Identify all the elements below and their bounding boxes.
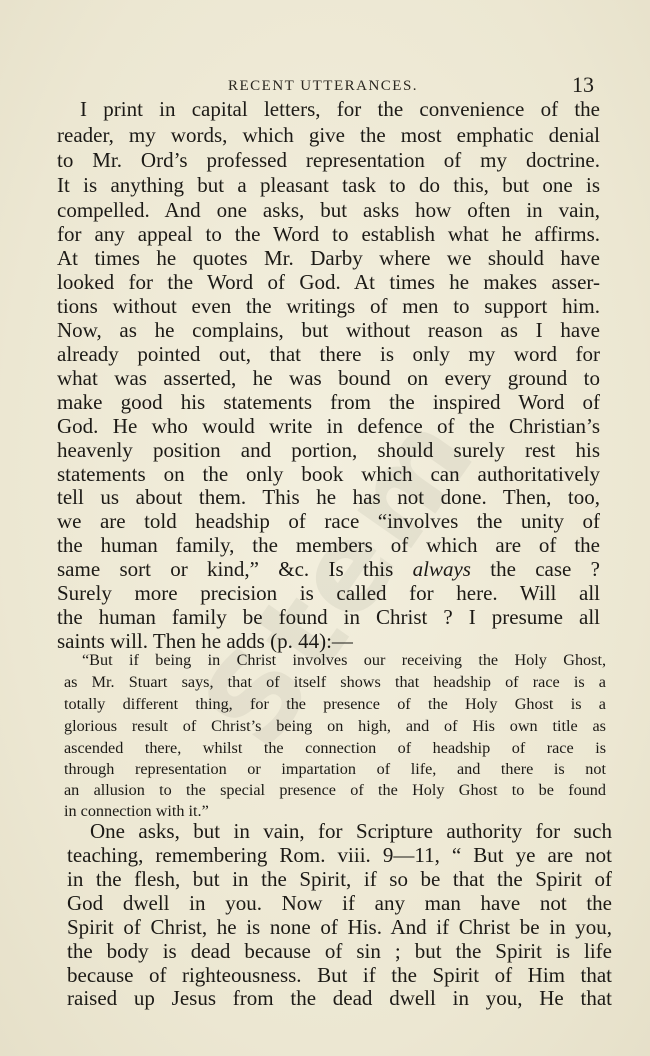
quote-line: “But if being in Christ involves our rec…	[82, 650, 606, 670]
text-line: we are told headship of race “involves t…	[57, 508, 600, 534]
running-title: RECENT UTTERANCES.	[228, 78, 418, 95]
text-line: what was asserted, he was bound on every…	[57, 365, 600, 391]
text-line: looked for the Word of God. At times he …	[57, 269, 600, 295]
text-segment: same sort or kind,” &c. Is this	[57, 557, 413, 581]
book-page: Stem RECENT UTTERANCES. 13 I print in ca…	[0, 0, 650, 1056]
text-line: I print in capital letters, for the conv…	[80, 96, 600, 122]
text-line: to Mr. Ord’s professed representation of…	[57, 147, 600, 173]
text-line: raised up Jesus from the dead dwell in y…	[67, 984, 612, 1012]
quote-line: ascended there, whilst the connection of…	[64, 738, 606, 758]
text-line: for any appeal to the Word to establish …	[57, 221, 600, 247]
text-line: Surely more precision is called for here…	[57, 580, 600, 606]
quote-line: an allusion to the special presence of t…	[64, 780, 606, 800]
text-line-with-emphasis: same sort or kind,” &c. Is this always t…	[57, 556, 600, 582]
text-line: tell us about them. This he has not done…	[57, 484, 600, 510]
text-line: It is anything but a pleasant task to do…	[57, 172, 600, 198]
quote-line: through representation or impartation of…	[64, 759, 606, 779]
text-line: tions without even the writings of men t…	[57, 293, 600, 319]
text-line: At times he quotes Mr. Darby where we sh…	[57, 245, 600, 271]
text-line: reader, my words, which give the most em…	[57, 122, 600, 148]
text-line: make good his statements from the inspir…	[57, 389, 600, 415]
quote-line: as Mr. Stuart says, that of itself shows…	[64, 672, 606, 692]
quote-line: totally different thing, for the presenc…	[64, 694, 606, 714]
emphasized-word: always	[413, 557, 471, 581]
page-number: 13	[572, 72, 594, 98]
quote-line: glorious result of Christ’s being on hig…	[64, 716, 606, 736]
text-line: compelled. And one asks, but asks how of…	[57, 197, 600, 223]
text-line: the human family, the members of which a…	[57, 532, 600, 558]
text-line: God. He who would write in defence of th…	[57, 413, 600, 439]
text-segment: the case ?	[471, 557, 600, 581]
text-line: already pointed out, that there is only …	[57, 341, 600, 367]
text-line: heavenly position and portion, should su…	[57, 437, 600, 463]
text-line: the human family be found in Christ ? I …	[57, 604, 600, 630]
text-line: Now, as he complains, but without reason…	[57, 317, 600, 343]
